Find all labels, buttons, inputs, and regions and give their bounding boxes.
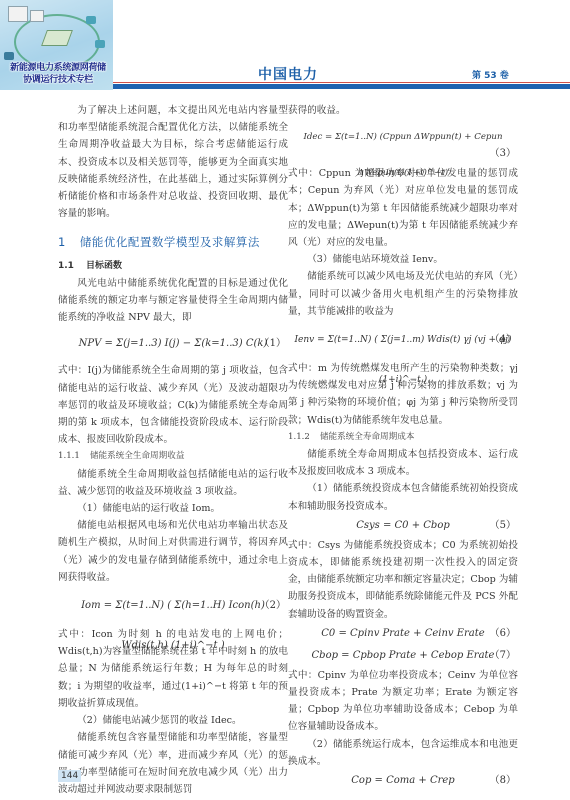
revenue-item-3: （3）储能电站环境效益 Ienv。	[288, 251, 518, 268]
intro-paragraph: 为了解决上述问题，本文提出风光电站内容量型和功率型储能系统混合配置优化方法，以储…	[58, 102, 288, 222]
section-heading-1-1-1: 1.1.1储能系统全生命周期收益	[58, 448, 288, 465]
equation-1: NPV = Σ(j=1..3) I(j) − Σ(k=1..3) C(k) （1…	[58, 326, 288, 362]
equation-number: （4）	[490, 320, 516, 360]
volume-label: 第 53 卷	[472, 68, 509, 81]
equation-7-explanation: 式中：Cpinv 为单位功率投资成本；Ceinv 为单位容量投资成本；Prate…	[288, 667, 518, 736]
cost-item-2: （2）储能系统运行成本，包含运维成本和电池更换成本。	[288, 736, 518, 770]
equation-1-explanation: 式中：I(j)为储能系统全生命周期的第 j 项收益，包含储能电站的运行收益、减少…	[58, 362, 288, 448]
section-heading-1: 1储能优化配置数学模型及求解算法	[58, 234, 288, 251]
banner-node-icon	[95, 40, 105, 48]
equation-number: （2）	[260, 586, 286, 626]
equation-4: Ienv = Σ(t=1..N) ( Σ(j=1..m) Wdis(t) γj …	[288, 320, 518, 360]
left-column: 为了解决上述问题，本文提出风光电站内容量型和功率型储能系统混合配置优化方法，以储…	[58, 102, 288, 798]
revenue-item-1-paragraph: 储能电站根据风电场和光伏电站功率输出状态及随机生产模拟，从时间上对供需进行调节，…	[58, 517, 288, 586]
equation-number: （6）	[490, 623, 516, 645]
equation-number: （1）	[260, 326, 286, 362]
equation-body: NPV = Σ(j=1..3) I(j) − Σ(k=1..3) C(k)	[79, 338, 268, 349]
header-rule-blue	[113, 84, 570, 89]
section-number: 1.1	[58, 261, 74, 271]
journal-title: 中国电力	[258, 64, 318, 84]
section-number: 1.1.2	[288, 432, 310, 442]
equation-body: Cbop = Cpbop Prate + Cebop Erate	[312, 650, 495, 661]
column-banner-image: 新能源电力系统源网荷储 协调运行技术专栏	[0, 0, 113, 90]
section-title: 储能系统全生命周期收益	[90, 451, 185, 461]
banner-power-plant-icon	[8, 6, 28, 22]
revenue-item-2: （2）储能电站减少惩罚的收益 Idec。	[58, 712, 288, 729]
equation-6: C0 = Cpinv Prate + Ceinv Erate （6）	[288, 623, 518, 645]
equation-8: Cop = Coma + Crep （8）	[288, 770, 518, 792]
revenue-item-3-paragraph: 储能系统可以减少风电场及光伏电站的弃风（光）量，同时可以减少备用火电机组产生的污…	[288, 268, 518, 320]
section-number: 1.1.1	[58, 451, 80, 461]
objective-paragraph: 风光电站中储能系统优化配置的目标是通过优化储能系统的额定功率与额定容量使得全生命…	[58, 275, 288, 327]
banner-wind-farm-icon	[30, 10, 44, 22]
section-title: 储能系统全寿命周期成本	[320, 432, 415, 442]
right-column: 获得的收益。 Idec = Σ(t=1..N) (Cppun ΔWppun(t)…	[288, 102, 518, 792]
revenue-item-2-paragraph: 储能系统包含容量型储能和功率型储能，容量型储能可减少弃风（光）率，进而减少弃风（…	[58, 729, 288, 798]
continuation-text: 获得的收益。	[288, 102, 518, 119]
cost-item-1: （1）储能系统投资成本包含储能系统初始投资成本和辅助服务投资成本。	[288, 480, 518, 514]
equation-5-explanation: 式中：Csys 为储能系统投资成本；C0 为系统初始投资成本，即储能系统投建初期…	[288, 537, 518, 623]
section-heading-1-1: 1.1目标函数	[58, 258, 288, 275]
banner-node-icon	[86, 16, 96, 24]
revenue-paragraph: 储能系统全生命周期收益包括储能电站的运行收益、减少惩罚的收益及环境收益 3 项收…	[58, 466, 288, 500]
equation-number: （3）	[490, 145, 516, 162]
equation-number: （5）	[490, 515, 516, 537]
section-title: 储能优化配置数学模型及求解算法	[80, 235, 260, 249]
revenue-item-1: （1）储能电站的运行收益 Iom。	[58, 500, 288, 517]
equation-5: Csys = C0 + Cbop （5）	[288, 515, 518, 537]
page-number: 144	[58, 770, 81, 782]
equation-body: C0 = Cpinv Prate + Ceinv Erate	[321, 628, 484, 639]
equation-body: Csys = C0 + Cbop	[356, 520, 450, 531]
banner-node-icon	[4, 52, 14, 60]
equation-3: Idec = Σ(t=1..N) (Cppun ΔWppun(t) + Cepu…	[288, 119, 518, 165]
cost-paragraph: 储能系统全寿命周期成本包括投资成本、运行成本及报废回收成本 3 项成本。	[288, 446, 518, 480]
equation-body: Cop = Coma + Crep	[351, 775, 454, 786]
section-title: 目标函数	[86, 261, 122, 271]
section-number: 1	[58, 235, 66, 249]
header-rule-red	[113, 82, 570, 83]
banner-caption-line2: 协调运行技术专栏	[6, 72, 110, 85]
section-heading-1-1-2: 1.1.2储能系统全寿命周期成本	[288, 429, 518, 446]
equation-number: （7）	[490, 645, 516, 667]
equation-7: Cbop = Cpbop Prate + Cebop Erate （7）	[288, 645, 518, 667]
equation-2: Iom = Σ(t=1..N) ( Σ(h=1..H) Icon(h) Wdis…	[58, 586, 288, 626]
equation-number: （8）	[490, 770, 516, 792]
